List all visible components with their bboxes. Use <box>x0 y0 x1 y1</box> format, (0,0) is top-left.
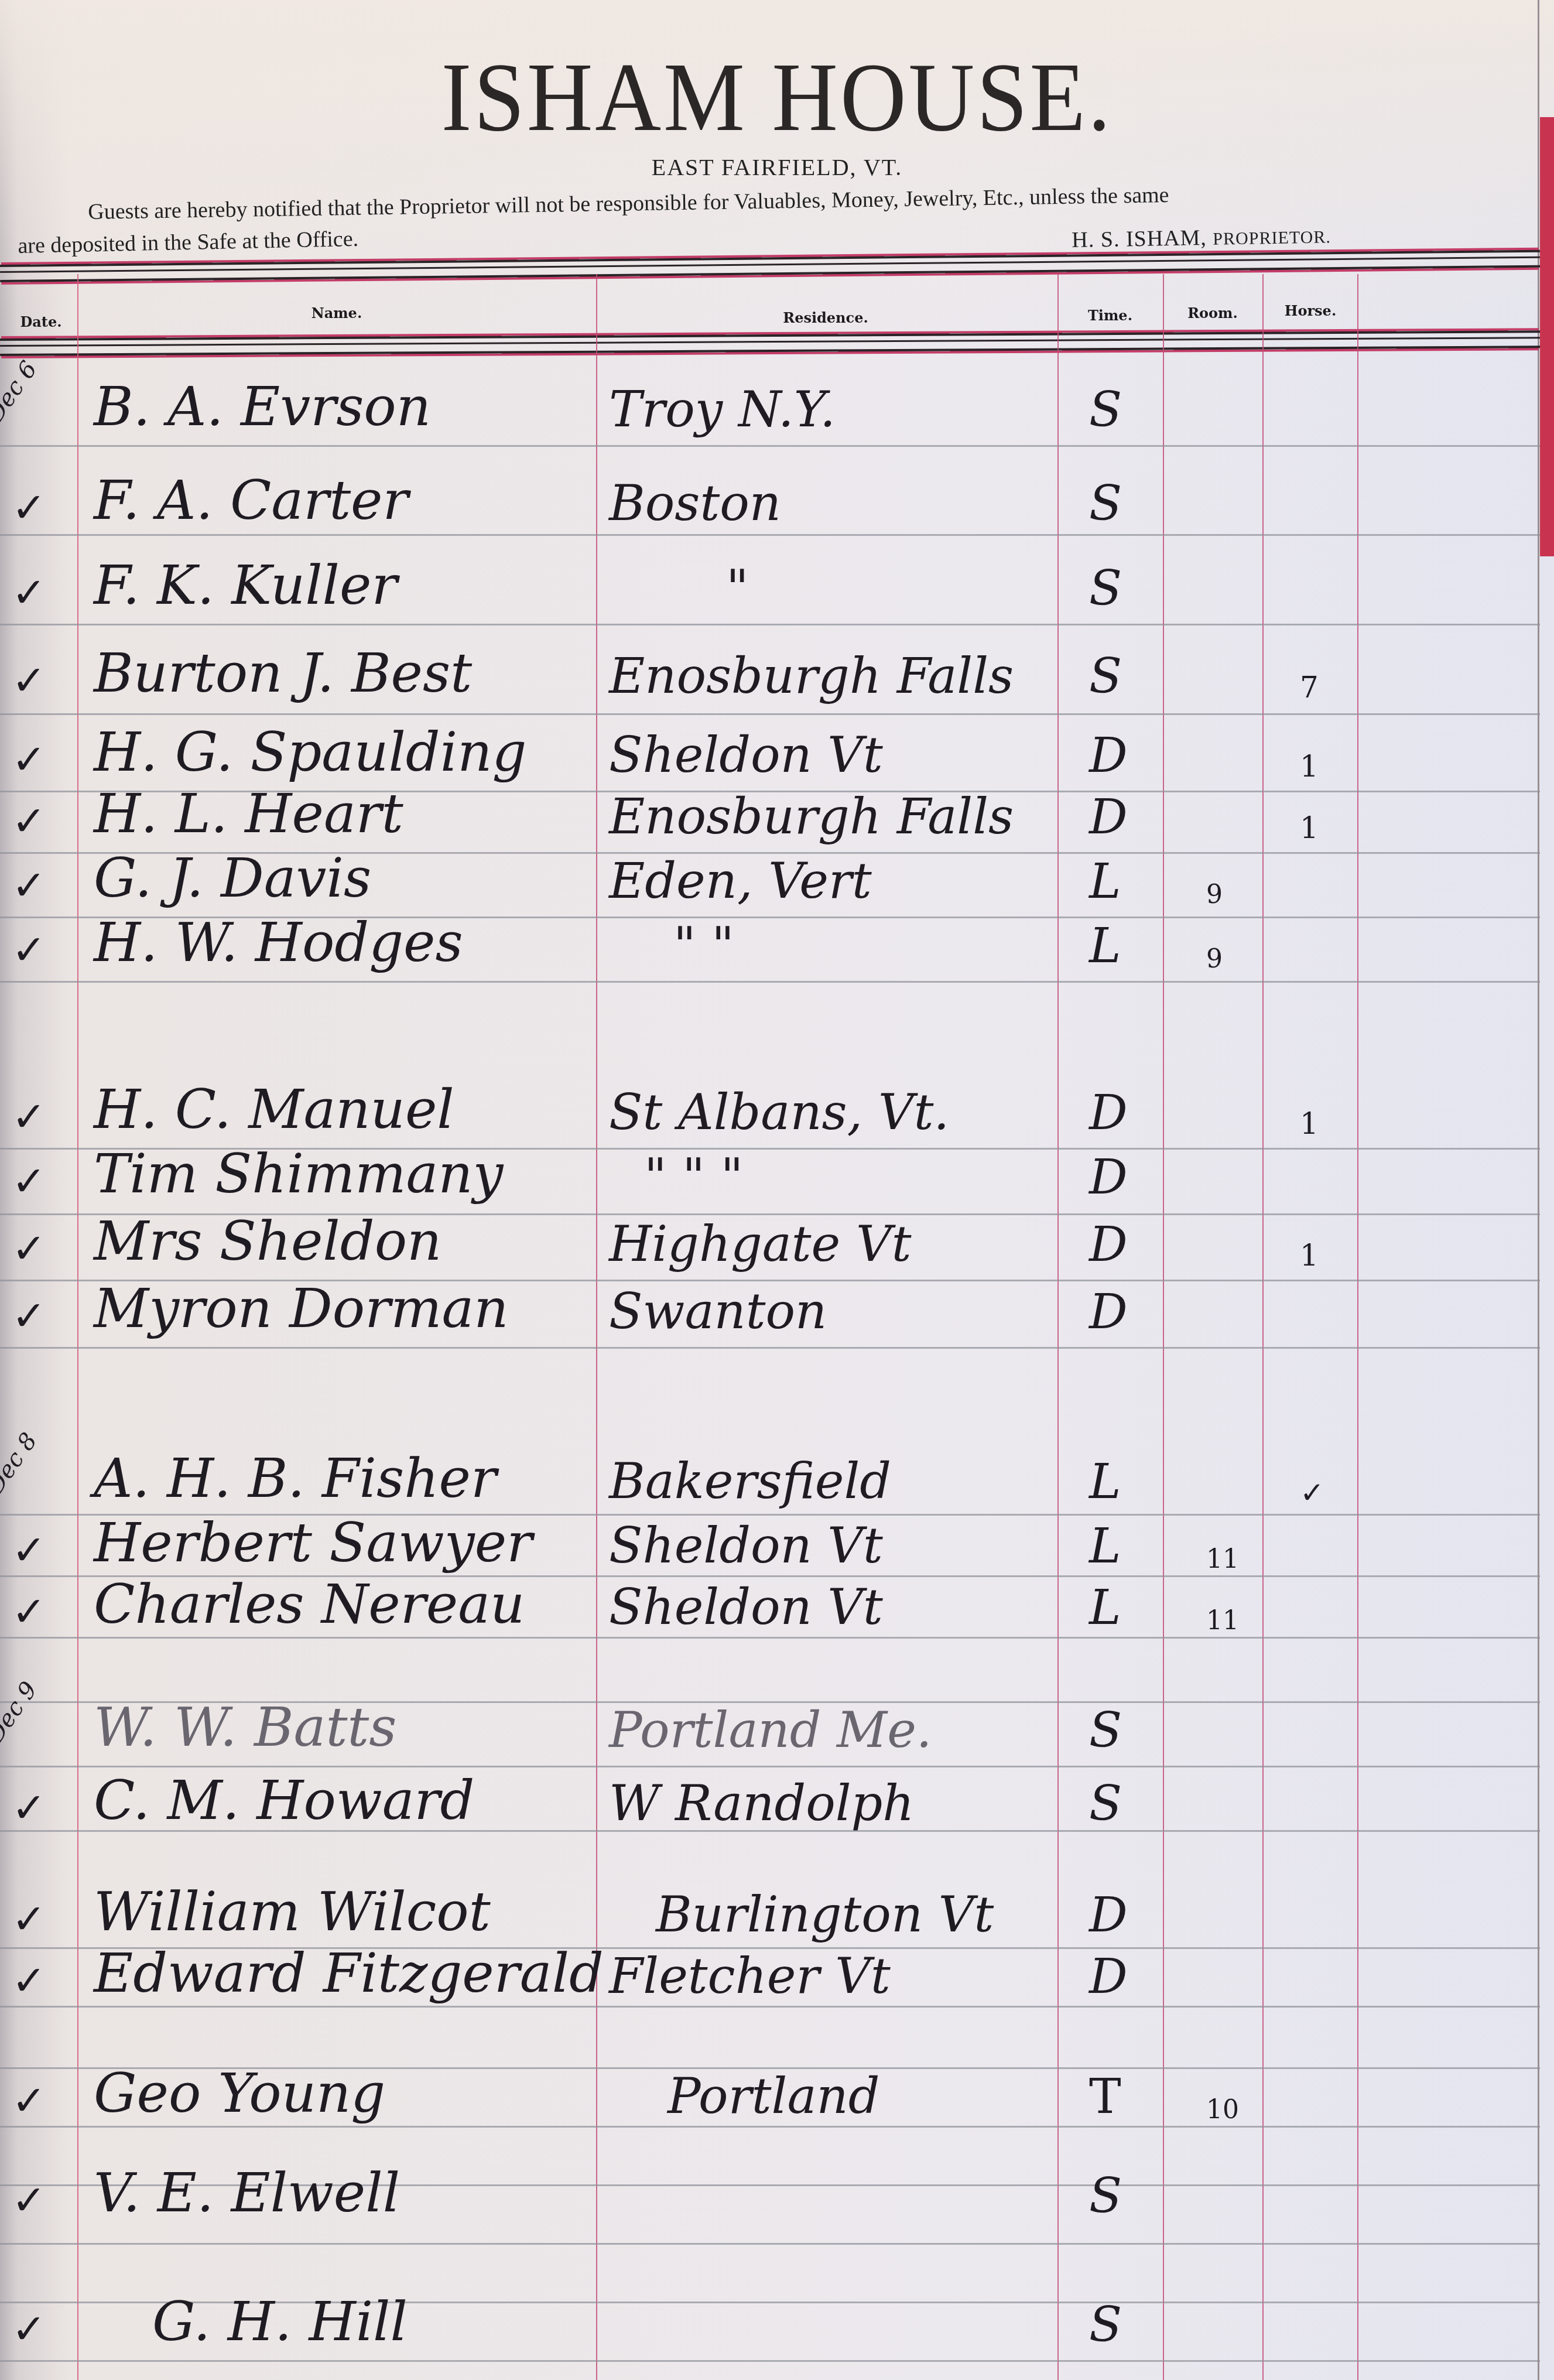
arrival-time: S <box>1089 1776 1122 1832</box>
column-header-residence: Residence. <box>597 309 1054 326</box>
checkmark: ✓ <box>12 569 46 617</box>
arrival-time: D <box>1089 1284 1128 1340</box>
arrival-time: T <box>1089 2069 1121 2125</box>
column-header-date: Date. <box>6 313 76 330</box>
register-entry: ✓ C. M. Howard W Randolph S <box>0 1751 1540 1845</box>
guest-name: Charles Nereau <box>94 1573 525 1636</box>
guest-name: W. W. Batts <box>94 1696 397 1759</box>
guest-residence: " <box>726 559 749 617</box>
arrival-time: S <box>1089 2169 1122 2224</box>
register-entry: ✓ Edward Fitzgerald Fletcher Vt D <box>0 1924 1540 2017</box>
arrival-time: S <box>1089 561 1122 617</box>
register-entry: ✓ Geo Young Portland T 10 <box>0 2044 1540 2138</box>
register-page: ISHAM HOUSE. EAST FAIRFIELD, VT. Guests … <box>0 0 1554 2380</box>
arrival-time: L <box>1089 1580 1121 1636</box>
guest-name: B. A. Evrson <box>94 375 431 438</box>
proprietor-title: PROPRIETOR. <box>1213 227 1331 249</box>
row-rule <box>0 2243 1540 2245</box>
guest-name: C. M. Howard <box>94 1769 474 1832</box>
guest-name: V. E. Elwell <box>94 2162 400 2224</box>
entry-date: Dec 9 <box>0 1677 43 1748</box>
checkmark: ✓ <box>12 1957 46 2005</box>
checkmark: ✓ <box>12 2305 46 2353</box>
red-bookmark-tab <box>1540 117 1554 556</box>
register-entry: ✓ Charles Nereau Sheldon Vt L 11 <box>0 1555 1540 1649</box>
arrival-time: S <box>1089 1703 1122 1759</box>
column-header-horse: Horse. <box>1264 302 1357 319</box>
checkmark: ✓ <box>12 2077 46 2125</box>
room-number: 9 <box>1206 944 1223 974</box>
hotel-title: ISHAM HOUSE. <box>54 41 1500 154</box>
guest-name: H. W. Hodges <box>94 911 463 974</box>
guest-residence: Swanton <box>609 1283 827 1340</box>
guest-name: G. H. Hill <box>152 2290 408 2353</box>
arrival-time: S <box>1089 2297 1122 2353</box>
room-number: 11 <box>1206 1606 1239 1636</box>
register-entry: ✓ H. W. Hodges " " L 9 <box>0 893 1540 987</box>
arrival-time: S <box>1089 649 1122 705</box>
guest-name: Edward Fitzgerald <box>94 1942 604 2005</box>
hotel-location: EAST FAIRFIELD, VT. <box>0 153 1554 181</box>
column-header-room: Room. <box>1164 305 1261 322</box>
column-header-time: Time. <box>1059 307 1162 324</box>
guest-residence: W Randolph <box>609 1774 914 1832</box>
checkmark: ✓ <box>12 484 46 532</box>
proprietor-signature: H. S. ISHAM, PROPRIETOR. <box>1072 223 1331 253</box>
guest-residence: Portland <box>668 2067 879 2125</box>
register-entry: ✓ F. A. Carter Boston S <box>0 451 1540 545</box>
guest-residence: Troy N.Y. <box>609 381 836 438</box>
guest-residence: " " <box>673 917 734 974</box>
arrival-time: D <box>1089 1949 1128 2005</box>
entry-date: Dec 8 <box>0 1428 43 1499</box>
guest-residence: Boston <box>609 474 781 532</box>
arrival-time: L <box>1089 918 1121 974</box>
checkmark: ✓ <box>12 656 46 705</box>
arrival-time: S <box>1089 382 1122 438</box>
checkmark: ✓ <box>12 2176 46 2224</box>
register-entry: ✓ V. E. Elwell S <box>0 2143 1540 2237</box>
guest-name: Burton J. Best <box>94 642 472 705</box>
arrival-time: S <box>1089 476 1122 532</box>
guest-name: F. K. Kuller <box>94 554 397 617</box>
guest-name: Geo Young <box>94 2062 385 2125</box>
proprietor-name: H. S. ISHAM, <box>1072 225 1207 252</box>
checkmark: ✓ <box>12 1292 46 1340</box>
guest-name: Myron Dorman <box>94 1277 509 1340</box>
guest-name: F. A. Carter <box>94 469 409 532</box>
guest-residence: Fletcher Vt <box>609 1947 891 2005</box>
entry-date: Dec 6 <box>0 356 43 428</box>
guest-residence: Sheldon Vt <box>609 1578 883 1636</box>
guest-residence: Portland Me. <box>609 1701 932 1759</box>
checkmark: ✓ <box>12 1784 46 1832</box>
register-entry: ✓ Myron Dorman Swanton D <box>0 1259 1540 1353</box>
column-header-name: Name. <box>82 305 591 322</box>
room-number: 10 <box>1206 2095 1239 2125</box>
checkmark: ✓ <box>12 1588 46 1636</box>
register-entry: Dec 6 B. A. Evrson Troy N.Y. S <box>0 357 1540 451</box>
horse-count: 7 <box>1300 671 1319 705</box>
checkmark: ✓ <box>12 926 46 974</box>
register-entry: ✓ F. K. Kuller " S <box>0 536 1540 630</box>
guest-residence: Enosburgh Falls <box>609 647 1014 705</box>
register-entry: ✓ G. H. Hill S <box>0 2272 1540 2366</box>
